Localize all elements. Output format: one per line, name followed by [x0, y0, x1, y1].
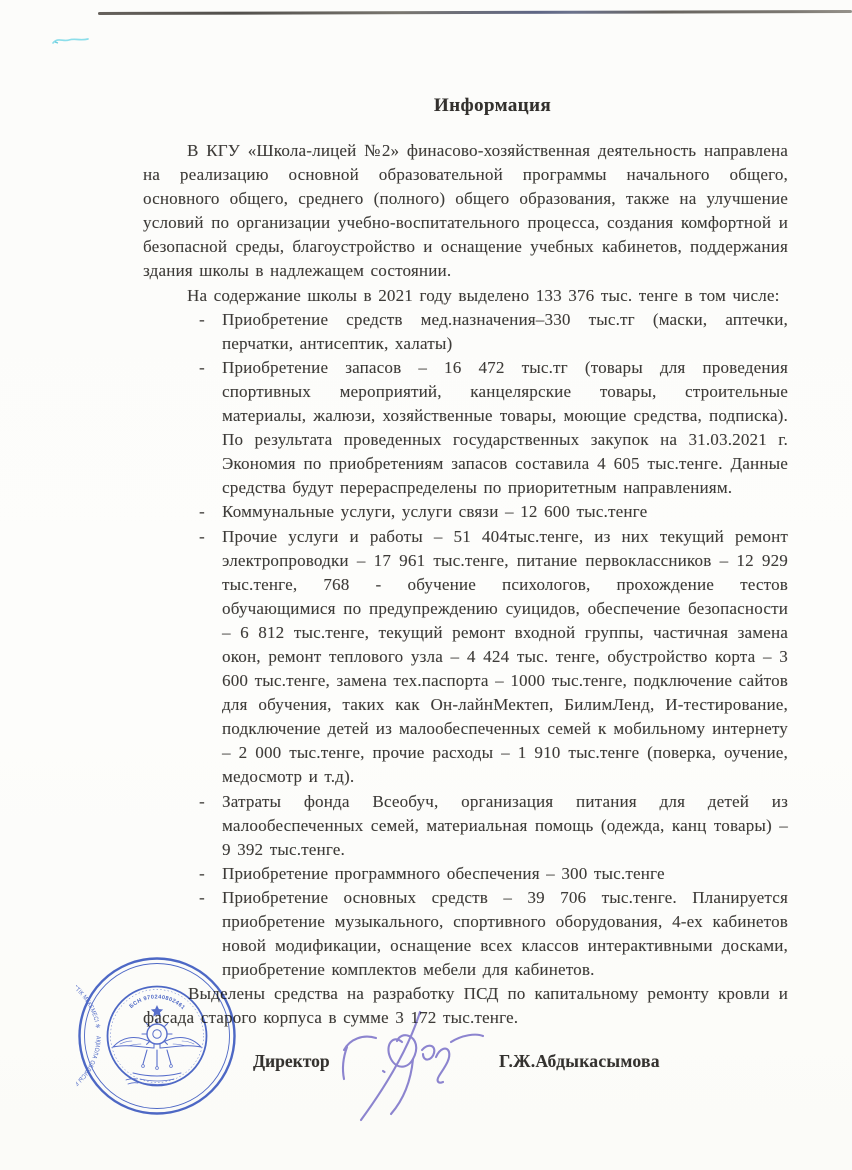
- stamp-outer-ring: [80, 959, 235, 1114]
- list-item: - Коммунальные услуги, услуги связи – 12…: [143, 500, 788, 524]
- list-item: - Затраты фонда Всеобуч, организация пит…: [143, 790, 788, 862]
- director-label: Директор: [253, 1051, 330, 1072]
- list-bullet: -: [199, 356, 205, 380]
- scan-artifact-top-line: [98, 10, 852, 15]
- list-item-text: Приобретение программного обеспечения – …: [222, 864, 665, 883]
- list-item-text: Затраты фонда Всеобуч, организация питан…: [222, 792, 788, 859]
- list-item-text: Приобретение основных средств – 39 706 т…: [222, 888, 788, 979]
- list-bullet: -: [199, 500, 205, 524]
- list-item-text: Коммунальные услуги, услуги связи – 12 6…: [222, 502, 647, 521]
- list-item: - Приобретение запасов – 16 472 тыс.тг (…: [143, 356, 788, 501]
- list-item-text: Приобретение средств мед.назначения–330 …: [222, 310, 788, 353]
- list-bullet: -: [199, 790, 205, 814]
- stamp-inner-ring: [108, 987, 207, 1086]
- list-bullet: -: [199, 308, 205, 332]
- list-item: - Приобретение средств мед.назначения–33…: [143, 308, 788, 356]
- list-item-text: Приобретение запасов – 16 472 тыс.тг (то…: [222, 358, 788, 497]
- list-bullet: -: [199, 862, 205, 886]
- list-item: - Прочие услуги и работы – 51 404тыс.тен…: [143, 525, 788, 790]
- page-title: Информация: [143, 95, 788, 117]
- list-item: - Приобретение программного обеспечения …: [143, 862, 788, 886]
- director-name: Г.Ж.Абдыкасымова: [499, 1051, 660, 1072]
- list-item: - Приобретение основных средств – 39 706…: [143, 886, 788, 982]
- intro-paragraph: В КГУ «Школа-лицей №2» финасово-хозяйств…: [143, 139, 788, 284]
- kazakhstan-emblem-icon: [113, 1006, 201, 1085]
- list-bullet: -: [199, 525, 205, 549]
- list-item-text: Прочие услуги и работы – 51 404тыс.тенге…: [222, 527, 788, 787]
- official-seal-stamp: АҚМОЛА ОБЛЫСЫ БІЛІМ БАСҚАРМАСЫНЫҢ КӨКШЕТ…: [76, 954, 238, 1118]
- handwritten-signature-icon: [330, 1000, 500, 1132]
- document-body: В КГУ «Школа-лицей №2» финасово-хозяйств…: [143, 139, 788, 1030]
- scanned-document-page: Информация В КГУ «Школа-лицей №2» финасо…: [0, 0, 852, 1170]
- list-bullet: -: [199, 886, 205, 910]
- allocation-paragraph: На содержание школы в 2021 году выделено…: [143, 284, 788, 308]
- scan-artifact-cyan-mark: [50, 32, 92, 48]
